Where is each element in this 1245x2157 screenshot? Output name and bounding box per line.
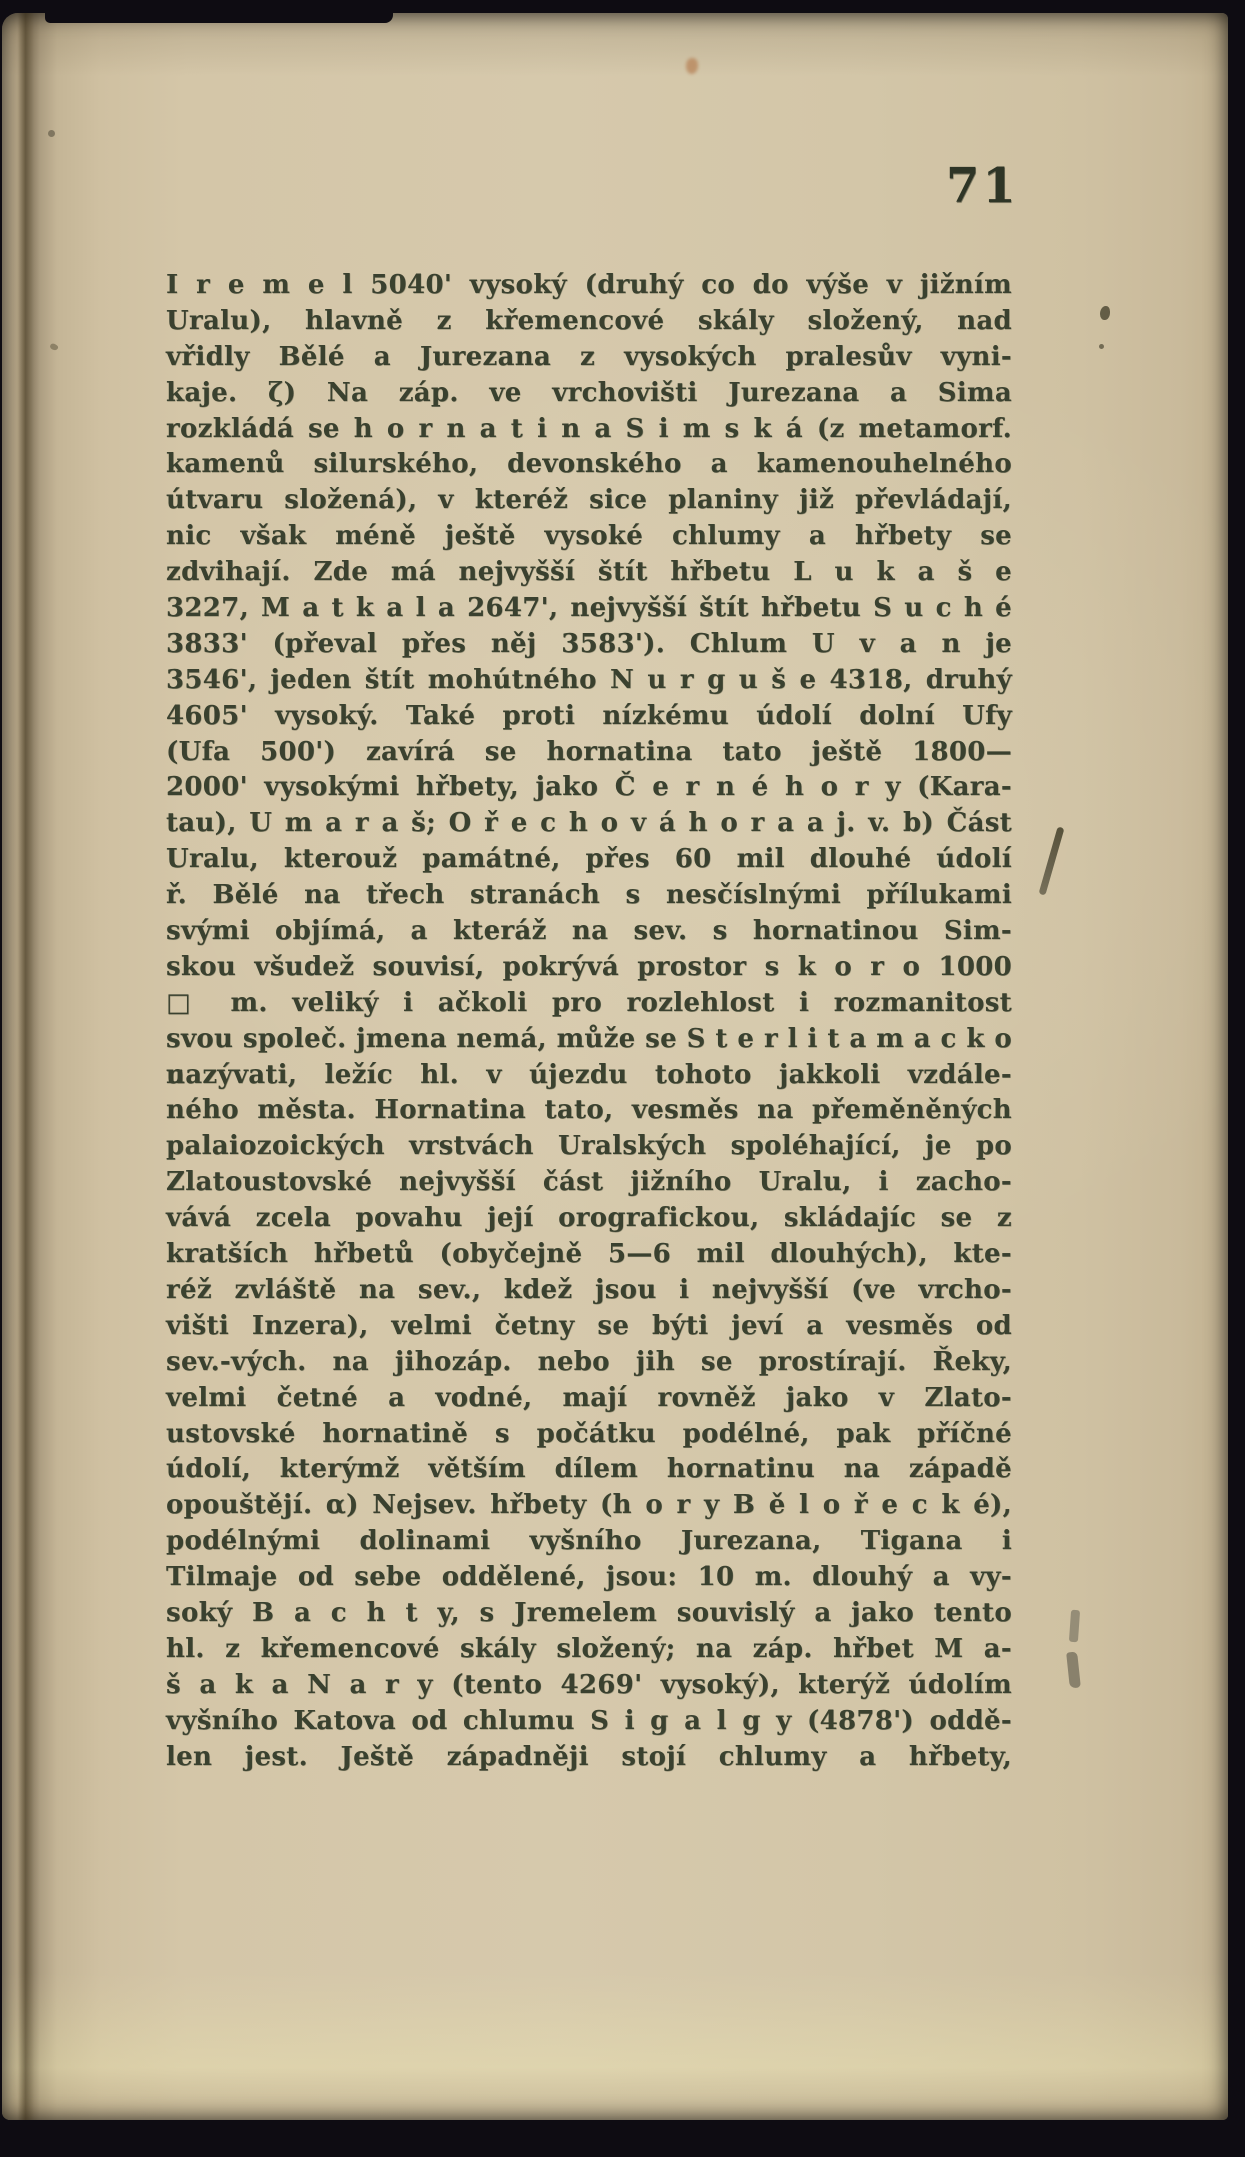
- text-line: kamenů silurského, devonského a kamenouh…: [166, 447, 1012, 483]
- text-line: hl. z křemencové skály složený; na záp. …: [166, 1632, 1012, 1668]
- text-line: soký B a c h t y, s Jremelem souvislý a …: [166, 1596, 1012, 1632]
- text-line: tau), U m a r a š; O ř e c h o v á h o r…: [166, 806, 1012, 842]
- text-line: 3546', jeden štít mohútného N u r g u š …: [166, 663, 1012, 699]
- text-line: zdvihají. Zde má nejvyšší štít hřbetu L …: [166, 555, 1012, 591]
- text-line: opouštějí. α) Nejsev. hřbety (h o r y B …: [166, 1488, 1012, 1524]
- text-line: Zlatoustovské nejvyšší část jižního Ural…: [166, 1165, 1012, 1201]
- text-line: svými objímá, a kteráž na sev. s hornati…: [166, 914, 1012, 950]
- text-line: kaje. ζ) Na záp. ve vrchovišti Jurezana …: [166, 376, 1012, 412]
- text-line: rozkládá se h o r n a t i n a S i m s k …: [166, 412, 1012, 448]
- text-line: □ m. veliký i ačkoli pro rozlehlost i ro…: [166, 986, 1012, 1022]
- text-line: Uralu), hlavně z křemencové skály složen…: [166, 304, 1012, 340]
- text-line: vyšního Katova od chlumu S i g a l g y (…: [166, 1704, 1012, 1740]
- text-line: Tilmaje od sebe oddělené, jsou: 10 m. dl…: [166, 1560, 1012, 1596]
- text-line: vává zcela povahu její orografickou, skl…: [166, 1201, 1012, 1237]
- text-line: skou všudež souvisí, pokrývá prostor s k…: [166, 950, 1012, 986]
- text-line: (Ufa 500') zavírá se hornatina tato ješt…: [166, 735, 1012, 771]
- text-line: len jest. Ještě západněji stojí chlumy a…: [166, 1740, 1012, 1776]
- scan-edge-notch: [45, 11, 393, 23]
- text-line: 3833' (převal přes něj 3583'). Chlum U v…: [166, 627, 1012, 663]
- page-number: 71: [946, 158, 1016, 214]
- text-line: nazývati, ležíc hl. v újezdu tohoto jakk…: [166, 1058, 1012, 1094]
- text-line: Uralu, kterouž památné, přes 60 mil dlou…: [166, 842, 1012, 878]
- body-text: I r e m e l 5040' vysoký (druhý co do vý…: [166, 268, 1012, 1775]
- text-line: 2000' vysokými hřbety, jako Č e r n é h …: [166, 770, 1012, 806]
- text-line: útvaru složená), v kteréž sice planiny j…: [166, 483, 1012, 519]
- text-line: I r e m e l 5040' vysoký (druhý co do vý…: [166, 268, 1012, 304]
- text-line: višti Inzera), velmi četny se býti jeví …: [166, 1309, 1012, 1345]
- text-line: palaiozoických vrstvách Uralských spoléh…: [166, 1129, 1012, 1165]
- text-line: ustovské hornatině s počátku podélné, pa…: [166, 1417, 1012, 1453]
- text-line: údolí, kterýmž větším dílem hornatinu na…: [166, 1452, 1012, 1488]
- text-line: š a k a N a r y (tento 4269' vysoký), kt…: [166, 1668, 1012, 1704]
- text-line: 4605' vysoký. Také proti nízkému údolí d…: [166, 699, 1012, 735]
- text-line: ného města. Hornatina tato, vesměs na př…: [166, 1093, 1012, 1129]
- text-line: ř. Bělé na třech stranách s nesčíslnými …: [166, 878, 1012, 914]
- text-line: 3227, M a t k a l a 2647', nejvyšší štít…: [166, 591, 1012, 627]
- text-line: svou společ. jmena nemá, může se S t e r…: [166, 1022, 1012, 1058]
- text-line: nic však méně ještě vysoké chlumy a hřbe…: [166, 519, 1012, 555]
- text-line: kratších hřbetů (obyčejně 5—6 mil dlouhý…: [166, 1237, 1012, 1273]
- text-line: vřidly Bělé a Jurezana z vysokých prales…: [166, 340, 1012, 376]
- text-line: sev.-vých. na jihozáp. nebo jih se prost…: [166, 1345, 1012, 1381]
- text-line: podélnými dolinami vyšního Jurezana, Tig…: [166, 1524, 1012, 1560]
- page-gutter-shadow: [18, 13, 40, 2120]
- text-line: velmi četné a vodné, mají rovněž jako v …: [166, 1381, 1012, 1417]
- book-scan: 71 I r e m e l 5040' vysoký (druhý co do…: [0, 0, 1245, 2157]
- text-line: réž zvláště na sev., kdež jsou i nejvyšš…: [166, 1273, 1012, 1309]
